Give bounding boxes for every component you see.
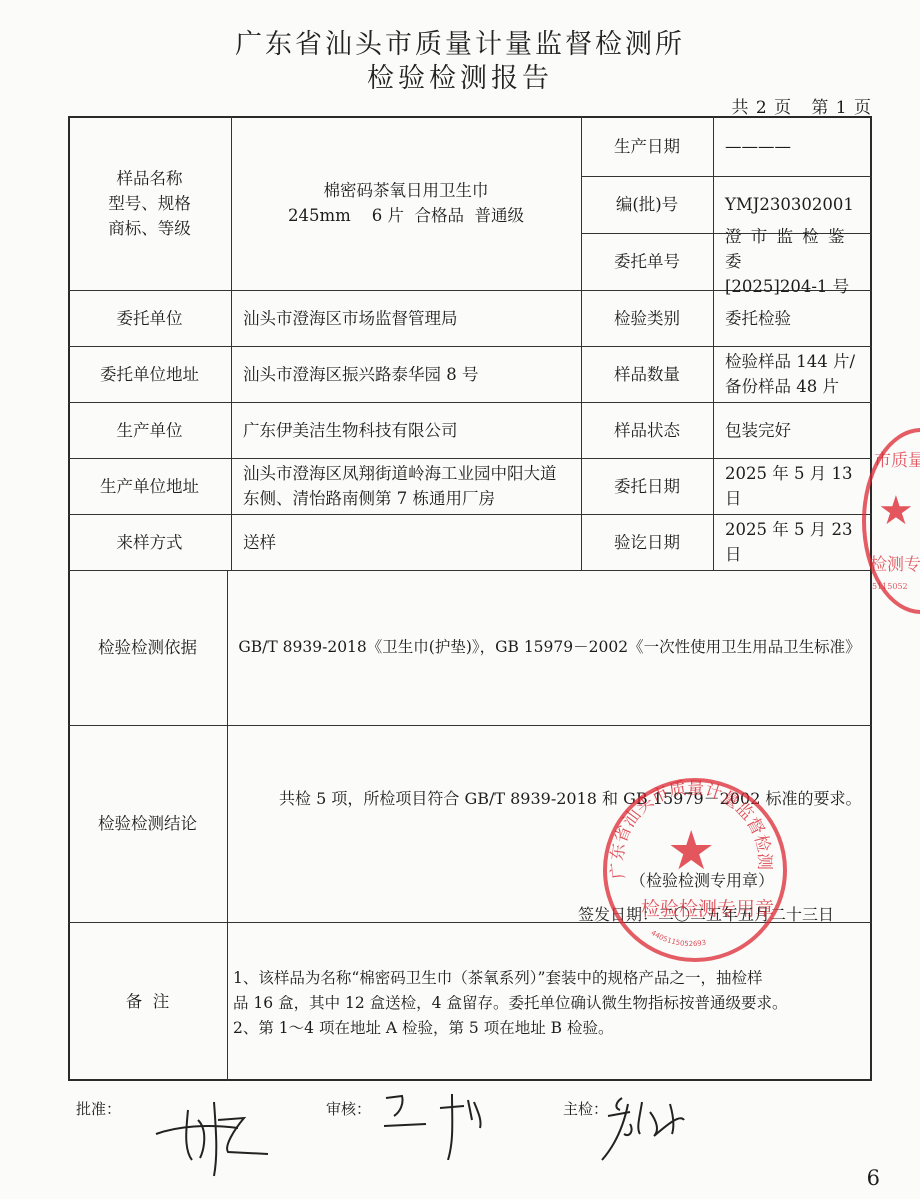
approve-label: 批准： — [76, 1098, 121, 1119]
client-address-value: 汕头市澄海区振兴路泰华园 8 号 — [231, 346, 581, 402]
value-line: 东侧、清怡路南侧第 7 栋通用厂房 — [243, 486, 495, 511]
approver-signature-icon — [148, 1090, 278, 1180]
basis-label: 检验检测依据 — [68, 570, 227, 725]
edge-seal-code: 5115052 — [872, 582, 908, 591]
sample-name-label: 样品名称 型号、规格 商标、等级 — [68, 116, 231, 290]
inspection-type-value: 委托检验 — [713, 290, 872, 346]
label-line: 商标、等级 — [108, 216, 191, 241]
sampling-method-label: 来样方式 — [68, 514, 231, 570]
inspector-signature-icon — [600, 1094, 720, 1164]
conclusion-text: 共检 5 项，所检项目符合 GB/T 8939-2018 和 GB 15979－… — [279, 786, 861, 809]
value-line: 备份样品 48 片 — [725, 374, 839, 399]
client-address-label: 委托单位地址 — [68, 346, 231, 402]
production-date-value: ———— — [713, 116, 872, 176]
manufacturer-value: 广东伊美洁生物科技有限公司 — [231, 402, 581, 458]
entrust-date-value: 2025 年 5 月 13 日 — [713, 458, 872, 514]
completion-date-value: 2025 年 5 月 23 日 — [713, 514, 872, 570]
star-icon: ★ — [878, 488, 914, 534]
inspection-type-label: 检验类别 — [581, 290, 713, 346]
sample-name-value: 棉密码茶氧日用卫生巾 245mm 6 片 合格品 普通级 — [231, 116, 581, 290]
value-line: 澄 市 监 检 鉴 委 — [725, 224, 872, 274]
manufacturer-address-value: 汕头市澄海区凤翔街道岭海工业园中阳大道 东侧、清怡路南侧第 7 栋通用厂房 — [231, 458, 581, 514]
label-line: 型号、规格 — [108, 191, 191, 216]
review-label: 审核： — [326, 1098, 371, 1119]
manufacturer-label: 生产单位 — [68, 402, 231, 458]
sample-status-label: 样品状态 — [581, 402, 713, 458]
order-no-value: 澄 市 监 检 鉴 委 [2025]204-1 号 — [713, 233, 872, 290]
production-date-label: 生产日期 — [581, 116, 713, 176]
edge-seal-top-text: 市质量 — [874, 446, 920, 471]
manufacturer-address-label: 生产单位地址 — [68, 458, 231, 514]
issue-date: 签发日期：二〇二五年五月二十三日 — [578, 902, 834, 925]
order-no-label: 委托单号 — [581, 233, 713, 290]
completion-date-label: 验讫日期 — [581, 514, 713, 570]
value-line: 棉密码茶氧日用卫生巾 — [324, 178, 489, 203]
client-value: 汕头市澄海区市场监督管理局 — [231, 290, 581, 346]
page-info: 共 2 页 第 1 页 — [732, 93, 872, 118]
dash-value: ———— — [725, 134, 791, 159]
remarks-text: 1、该样品为名称“棉密码卫生巾（茶氧系列）”套装中的规格产品之一，抽检样 品 1… — [233, 966, 787, 1041]
remark-line: 2、第 1～4 项在地址 A 检验，第 5 项在地址 B 检验。 — [233, 1016, 787, 1041]
entrust-date-label: 委托日期 — [581, 458, 713, 514]
page-number: 6 — [867, 1166, 880, 1190]
sample-quantity-label: 样品数量 — [581, 346, 713, 402]
sampling-method-value: 送样 — [231, 514, 581, 570]
reviewer-signature-icon — [382, 1090, 522, 1160]
sample-status-value: 包装完好 — [713, 402, 872, 458]
batch-no-label: 编(批)号 — [581, 176, 713, 233]
label-line: 样品名称 — [117, 166, 183, 191]
report-title: 检验检测报告 — [0, 56, 920, 95]
basis-value: GB/T 8939-2018《卫生巾(护垫)》，GB 15979－2002《一次… — [227, 570, 872, 725]
edge-seal-bottom-text: 检测专 — [870, 550, 920, 575]
conclusion-label: 检验检测结论 — [68, 725, 227, 922]
value-line: 245mm 6 片 合格品 普通级 — [288, 203, 524, 228]
value-line: 检验样品 144 片/ — [725, 349, 855, 374]
sample-quantity-value: 检验样品 144 片/ 备份样品 48 片 — [713, 346, 872, 402]
client-label: 委托单位 — [68, 290, 231, 346]
seal-note: （检验检测专用章） — [630, 868, 774, 891]
remark-line: 1、该样品为名称“棉密码卫生巾（茶氧系列）”套装中的规格产品之一，抽检样 — [233, 966, 787, 991]
remark-line: 品 16 盒，其中 12 盒送检，4 盒留存。委托单位确认微生物指标按普通级要求… — [233, 991, 787, 1016]
remarks-label: 备 注 — [68, 922, 227, 1081]
value-line: 汕头市澄海区凤翔街道岭海工业园中阳大道 — [243, 461, 557, 486]
